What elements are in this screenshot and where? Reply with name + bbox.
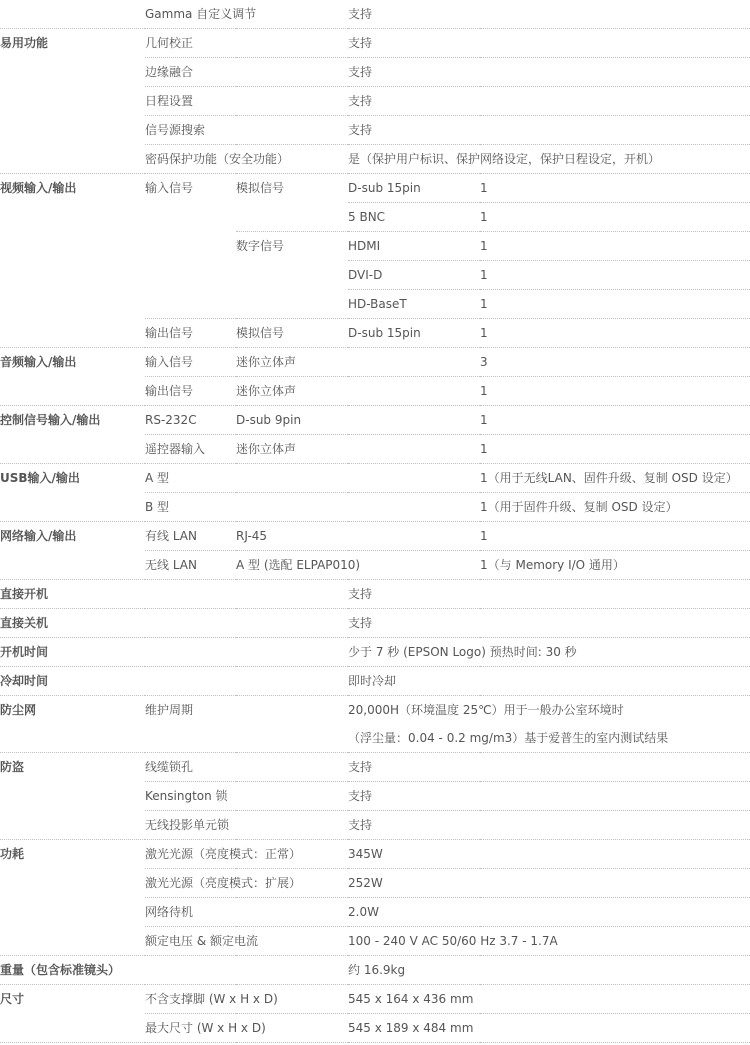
spec-row: 网络输入/输出 有线 LAN RJ-45 1 (0, 522, 750, 551)
value-cell: 1（用于固件升级、复制 OSD 设定） (480, 493, 750, 522)
spacer-cell (145, 956, 348, 985)
sublabel-cell: 迷你立体声 (236, 435, 480, 464)
sublabel-cell: RJ-45 (236, 522, 480, 551)
label-cell: 输出信号 (145, 319, 236, 348)
value-cell: 支持 (348, 58, 750, 87)
category-cell: 防盗 (0, 753, 145, 840)
sublabel-cell: 迷你立体声 (236, 348, 480, 377)
value-cell: 支持 (348, 753, 750, 782)
value-cell: 支持 (348, 609, 750, 638)
value-cell: 支持 (348, 811, 750, 840)
value-cell: 约 16.9kg (348, 956, 750, 985)
label-cell: 最大尺寸 (W x H x D) (145, 1014, 348, 1043)
spec-row: 开机时间 少于 7 秒 (EPSON Logo) 预热时间: 30 秒 (0, 638, 750, 667)
category-cell: 冷却时间 (0, 667, 145, 696)
label-cell: 网络待机 (145, 898, 348, 927)
connector-cell: HDMI (348, 232, 480, 261)
spec-row: 尺寸 不含支撑脚 (W x H x D) 545 x 164 x 436 mm (0, 985, 750, 1014)
value-cell: 支持 (348, 87, 750, 116)
value-cell: 1 (480, 261, 750, 290)
value-cell: 1 (480, 319, 750, 348)
label-cell: 线缆锁孔 (145, 753, 348, 782)
label-cell: 信号源搜索 (145, 116, 348, 145)
projector-spec-table: Gamma 自定义调节 支持 易用功能 几何校正 支持 边缘融合 支持 日程设置… (0, 0, 750, 1043)
category-cell: 开机时间 (0, 638, 145, 667)
value-cell: 支持 (348, 29, 750, 58)
label-cell: 输入信号 (145, 174, 236, 319)
label-cell: 无线 LAN (145, 551, 236, 580)
label-cell: 几何校正 (145, 29, 348, 58)
value-cell: 1 (480, 203, 750, 232)
connector-cell: DVI-D (348, 261, 480, 290)
value-cell: 1（用于无线LAN、固件升级、复制 OSD 设定） (480, 464, 750, 493)
label-cell: 激光光源（亮度模式：正常） (145, 840, 348, 869)
label-cell: 遥控器输入 (145, 435, 236, 464)
label-cell: Gamma 自定义调节 (145, 0, 348, 29)
value-cell: 支持 (348, 580, 750, 609)
value-cell: 支持 (348, 0, 750, 29)
label-cell: 有线 LAN (145, 522, 236, 551)
label-cell: 额定电压 & 额定电流 (145, 927, 348, 956)
sublabel-cell: 数字信号 (236, 232, 348, 319)
sublabel-cell: 模拟信号 (236, 319, 348, 348)
value-cell: 20,000H（环境温度 25℃）用于一般办公室环境时 （浮尘量：0.04 - … (348, 696, 750, 753)
label-cell: 输入信号 (145, 348, 236, 377)
spec-row: 重量（包含标准镜头） 约 16.9kg (0, 956, 750, 985)
value-cell: 即时冷却 (348, 667, 750, 696)
category-cell: 直接关机 (0, 609, 145, 638)
value-cell: 2.0W (348, 898, 750, 927)
sublabel-cell: D-sub 9pin (236, 406, 480, 435)
connector-cell: D-sub 15pin (348, 319, 480, 348)
label-cell: A 型 (145, 464, 480, 493)
category-cell: 功耗 (0, 840, 145, 956)
category-cell: 防尘网 (0, 696, 145, 753)
label-cell: 不含支撑脚 (W x H x D) (145, 985, 348, 1014)
spec-row: 防盗 线缆锁孔 支持 (0, 753, 750, 782)
value-cell: 3 (480, 348, 750, 377)
connector-cell: HD-BaseT (348, 290, 480, 319)
label-cell: 维护周期 (145, 696, 348, 753)
category-cell: USB输入/输出 (0, 464, 145, 522)
value-cell: 支持 (348, 116, 750, 145)
label-cell: 密码保护功能（安全功能） (145, 145, 348, 174)
spacer-cell (145, 667, 348, 696)
sublabel-cell: 模拟信号 (236, 174, 348, 232)
value-cell: 252W (348, 869, 750, 898)
value-cell: 100 - 240 V AC 50/60 Hz 3.7 - 1.7A (348, 927, 750, 956)
spec-row: 功耗 激光光源（亮度模式：正常） 345W (0, 840, 750, 869)
value-cell: 345W (348, 840, 750, 869)
label-cell: 日程设置 (145, 87, 348, 116)
spec-row: 控制信号输入/输出 RS-232C D-sub 9pin 1 (0, 406, 750, 435)
value-cell: 1 (480, 377, 750, 406)
label-cell: B 型 (145, 493, 480, 522)
label-cell: 边缘融合 (145, 58, 348, 87)
label-cell: 无线投影单元锁 (145, 811, 348, 840)
value-cell: 支持 (348, 782, 750, 811)
spacer-cell (145, 580, 348, 609)
value-cell: 少于 7 秒 (EPSON Logo) 预热时间: 30 秒 (348, 638, 750, 667)
spec-row: 直接开机 支持 (0, 580, 750, 609)
value-line-2: （浮尘量：0.04 - 0.2 mg/m3）基于爱普生的室内测试结果 (348, 724, 750, 752)
category-cell: 视频输入/输出 (0, 174, 145, 348)
category-cell: 控制信号输入/输出 (0, 406, 145, 464)
spec-row: 音频输入/输出 输入信号 迷你立体声 3 (0, 348, 750, 377)
label-cell: 激光光源（亮度模式：扩展） (145, 869, 348, 898)
spacer-cell (0, 0, 145, 29)
spec-row: 视频输入/输出 输入信号 模拟信号 D-sub 15pin 1 (0, 174, 750, 203)
value-cell: 1 (480, 522, 750, 551)
value-cell: 545 x 189 x 484 mm (348, 1014, 750, 1043)
connector-cell: D-sub 15pin (348, 174, 480, 203)
category-cell: 音频输入/输出 (0, 348, 145, 406)
value-line-1: 20,000H（环境温度 25℃）用于一般办公室环境时 (348, 696, 750, 724)
value-cell: 545 x 164 x 436 mm (348, 985, 750, 1014)
spec-row: 冷却时间 即时冷却 (0, 667, 750, 696)
sublabel-cell: A 型 (选配 ELPAP010) (236, 551, 480, 580)
category-cell: 网络输入/输出 (0, 522, 145, 580)
category-cell: 易用功能 (0, 29, 145, 174)
sublabel-cell: 迷你立体声 (236, 377, 480, 406)
spec-row: Gamma 自定义调节 支持 (0, 0, 750, 29)
value-cell: 1（与 Memory I/O 通用） (480, 551, 750, 580)
spec-row: 易用功能 几何校正 支持 (0, 29, 750, 58)
label-cell: Kensington 锁 (145, 782, 348, 811)
spec-row: 直接关机 支持 (0, 609, 750, 638)
value-cell: 1 (480, 435, 750, 464)
value-cell: 1 (480, 290, 750, 319)
spec-row: 防尘网 维护周期 20,000H（环境温度 25℃）用于一般办公室环境时 （浮尘… (0, 696, 750, 753)
connector-cell: 5 BNC (348, 203, 480, 232)
spec-page: Gamma 自定义调节 支持 易用功能 几何校正 支持 边缘融合 支持 日程设置… (0, 0, 750, 1045)
value-cell: 1 (480, 232, 750, 261)
value-cell: 1 (480, 406, 750, 435)
label-cell: RS-232C (145, 406, 236, 435)
category-cell: 直接开机 (0, 580, 145, 609)
value-cell: 1 (480, 174, 750, 203)
spacer-cell (145, 638, 348, 667)
value-cell: 是（保护用户标识、保护网络设定，保护日程设定，开机） (348, 145, 750, 174)
category-cell: 重量（包含标准镜头） (0, 956, 145, 985)
category-cell: 尺寸 (0, 985, 145, 1043)
spec-row: USB输入/输出 A 型 1（用于无线LAN、固件升级、复制 OSD 设定） (0, 464, 750, 493)
label-cell: 输出信号 (145, 377, 236, 406)
spacer-cell (145, 609, 348, 638)
